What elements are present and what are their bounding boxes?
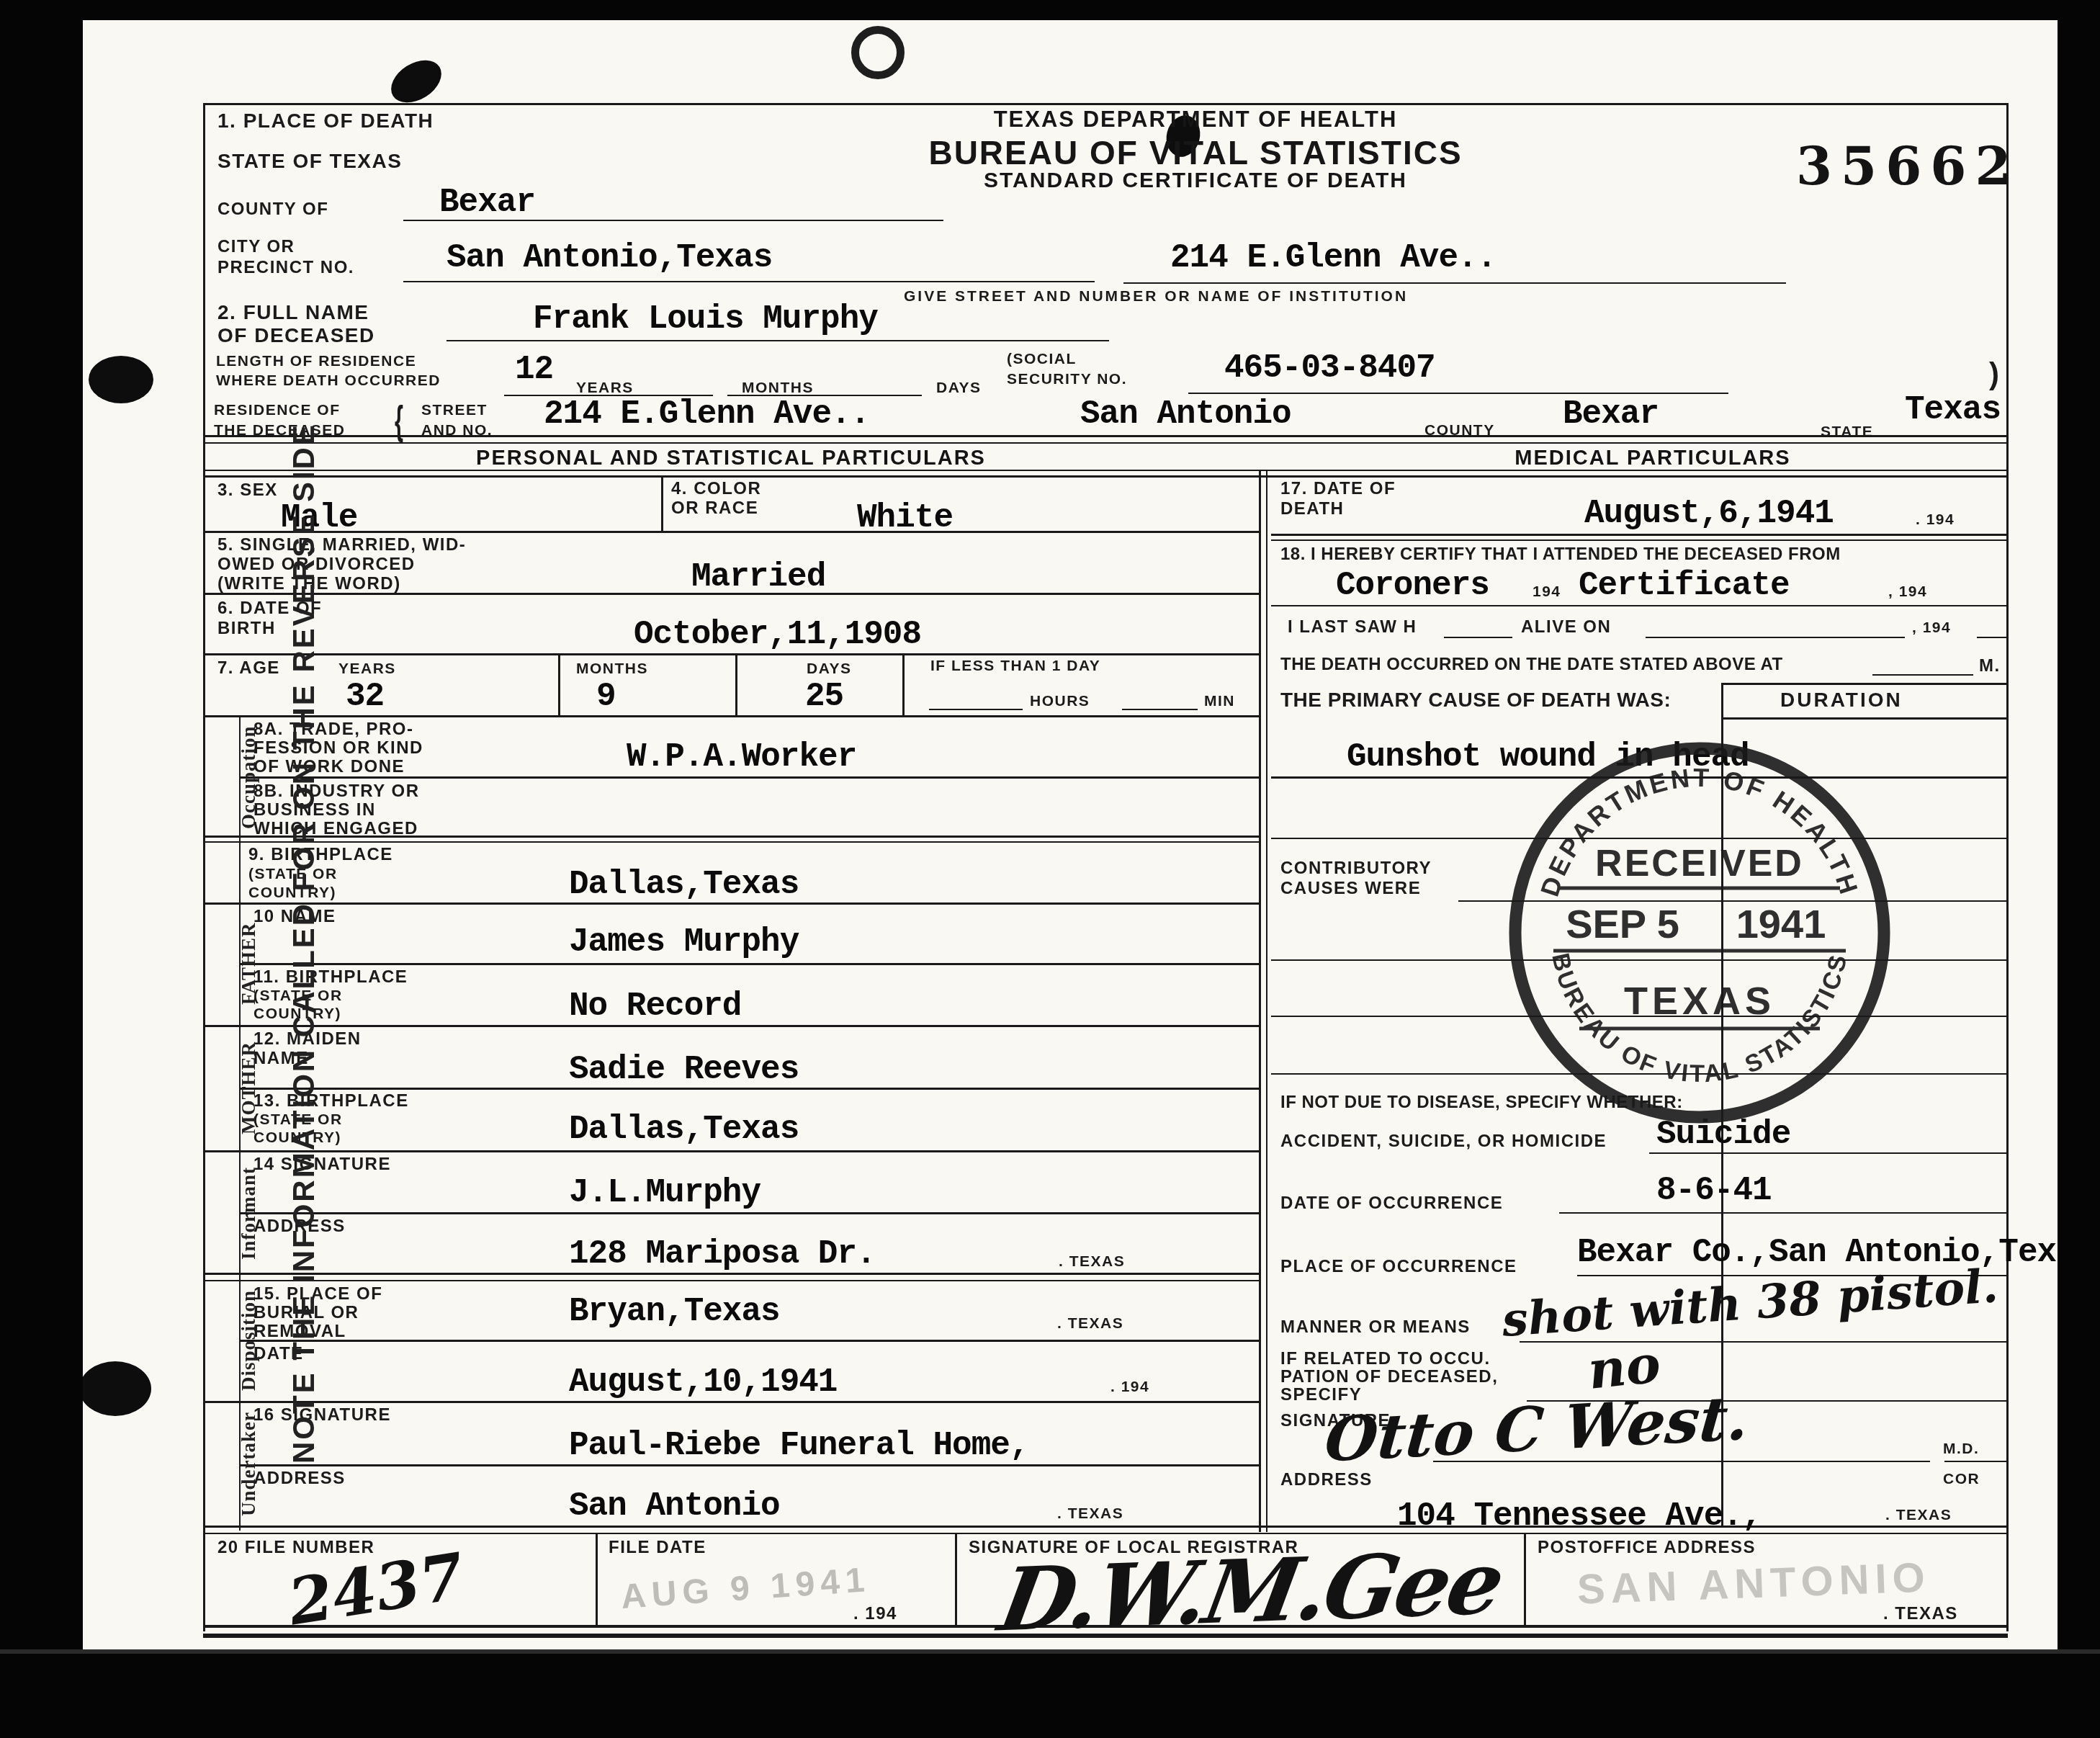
rule	[205, 653, 1259, 655]
age-days-label: DAYS	[807, 660, 851, 678]
divider	[955, 1533, 957, 1625]
duration-box-underline	[1721, 717, 2008, 720]
rel-label-1: IF RELATED TO OCCU.	[1280, 1350, 1491, 1369]
marital-label-1: 5. SINGLE, MARRIED, WID-	[217, 536, 466, 555]
m-label: M.	[1979, 657, 2001, 676]
stamp-received: RECEIVED	[1595, 843, 1804, 884]
side-label-disposition: Disposition	[238, 1281, 271, 1399]
placeocc-label: PLACE OF OCCURRENCE	[1280, 1258, 1517, 1277]
social-label-1: (SOCIAL	[1007, 351, 1077, 368]
burial-date-value: August,10,1941	[569, 1366, 837, 1399]
scan-edge-bottom	[0, 1649, 2100, 1738]
trade-label-3: OF WORK DONE	[253, 758, 405, 777]
rule	[205, 902, 1259, 905]
dob-value: October,11,1908	[634, 618, 921, 651]
min-label: MIN	[1204, 693, 1235, 710]
trade-label-1: 8A. TRADE, PRO-	[253, 720, 414, 740]
county-value: Bexar	[439, 186, 535, 219]
lastsaw-suffix: , 194	[1912, 619, 1951, 637]
city-value: San Antonio,Texas	[447, 241, 772, 274]
age-months-label: MONTHS	[576, 660, 648, 678]
divider	[902, 655, 905, 715]
social-underline	[1188, 393, 1728, 394]
side-label-mother: MOTHER	[238, 1025, 271, 1150]
rule	[1271, 534, 2008, 536]
rel-label-2: PATION OF DECEASED,	[1280, 1368, 1498, 1387]
contrib-label-1: CONTRIBUTORY	[1280, 859, 1432, 879]
rule	[205, 836, 1259, 838]
column-divider	[1259, 470, 1261, 1532]
ash-label: ACCIDENT, SUICIDE, OR HOMICIDE	[1280, 1132, 1607, 1152]
street-underline	[1123, 282, 1786, 284]
undertaker-sig-value: Paul-Riebe Funeral Home,	[569, 1429, 1029, 1462]
place-of-death-label: 1. PLACE OF DEATH	[217, 109, 434, 132]
punch-hole	[89, 356, 153, 403]
file-date-label: FILE DATE	[609, 1538, 706, 1558]
blank-line	[1977, 637, 2008, 638]
color-value: White	[857, 501, 953, 534]
rule	[205, 1150, 1259, 1152]
city-underline	[403, 281, 1095, 282]
age-years-value: 32	[346, 680, 384, 713]
divider	[558, 655, 560, 715]
industry-label-1: 8B. INDUSTRY OR	[253, 782, 420, 802]
county-underline	[403, 220, 943, 221]
length-label-1: LENGTH OF RESIDENCE	[216, 353, 416, 370]
years-label: YEARS	[576, 380, 634, 397]
scan-edge-top	[0, 0, 2100, 20]
rule	[241, 1088, 1259, 1090]
rule	[241, 963, 1259, 965]
certify-mid: 194	[1533, 583, 1561, 601]
street-hint: GIVE STREET AND NUMBER OR NAME OF INSTIT…	[904, 288, 1408, 305]
column-divider-2	[1266, 470, 1267, 1532]
duration-box-top	[1721, 683, 2008, 685]
manner-label: MANNER OR MEANS	[1280, 1318, 1471, 1338]
medical-section-header: MEDICAL PARTICULARS	[1422, 447, 1883, 470]
color-label-1: 4. COLOR	[671, 480, 761, 499]
burial-suffix: . TEXAS	[1057, 1315, 1123, 1332]
rule	[1559, 1212, 2008, 1214]
dept-title: TEXAS DEPARTMENT OF HEALTH	[915, 107, 1476, 133]
hours-label: HOURS	[1030, 693, 1090, 710]
lastsaw-label: I LAST SAW H	[1288, 618, 1417, 637]
burial-value: Bryan,Texas	[569, 1295, 780, 1328]
med-addr-suffix: . TEXAS	[1885, 1507, 1952, 1524]
age-label: 7. AGE	[217, 659, 280, 678]
stamp-date-left: SEP 5	[1566, 901, 1679, 946]
side-label-informant: Informant	[238, 1150, 271, 1276]
years-value: 12	[515, 353, 553, 386]
social-value: 465-03-8407	[1224, 351, 1435, 385]
punch-hole	[79, 1361, 151, 1416]
bp9-value: Dallas,Texas	[569, 868, 799, 901]
rule	[205, 1273, 1259, 1275]
hours-line	[929, 709, 1023, 710]
father-bp-label-1: 11. BIRTHPLACE	[253, 968, 408, 987]
rule	[241, 1212, 1259, 1214]
scan-edge-right	[2058, 0, 2100, 1738]
rule	[205, 593, 1259, 595]
med-addr-value: 104 Tennessee Ave.,	[1397, 1500, 1762, 1533]
rule	[205, 841, 1259, 843]
rule	[1944, 1461, 2008, 1462]
scan-edge-left	[0, 0, 83, 1738]
dob-label-2: BIRTH	[217, 619, 276, 639]
form-border-right	[2006, 103, 2009, 1631]
form-border-top	[203, 103, 2008, 105]
social-label-2: SECURITY NO.	[1007, 371, 1127, 388]
age-days-value: 25	[805, 680, 843, 713]
received-stamp: DEPARTMENT OF HEALTH BUREAU OF VITAL STA…	[1502, 735, 1898, 1131]
stamp-state: TEXAS	[1624, 980, 1775, 1023]
father-bp-value: No Record	[569, 990, 741, 1023]
fullname-label-1: 2. FULL NAME	[217, 301, 369, 323]
city-label-2: PRECINCT NO.	[217, 259, 354, 278]
street-value: 214 E.Glenn Ave..	[1170, 241, 1496, 274]
state-of-texas-label: STATE OF TEXAS	[217, 150, 402, 172]
dod-value: August,6,1941	[1584, 497, 1834, 530]
informant-sig-value: J.L.Murphy	[569, 1176, 760, 1209]
mother-bp-value: Dallas,Texas	[569, 1113, 799, 1146]
sex-label: 3. SEX	[217, 481, 278, 501]
informant-addr-suffix: . TEXAS	[1059, 1253, 1125, 1271]
certificate-number: 35662	[1796, 135, 2020, 197]
blank-line	[1872, 674, 1973, 676]
rule	[205, 470, 2008, 471]
marital-value: Married	[691, 560, 825, 593]
rule	[205, 1401, 1259, 1403]
rule	[1271, 539, 2008, 541]
fullname-label-2: OF DECEASED	[217, 324, 375, 346]
undertaker-addr-value: San Antonio	[569, 1490, 780, 1523]
maiden-value: Sadie Reeves	[569, 1053, 799, 1086]
file-date-suffix: . 194	[853, 1605, 897, 1624]
registrar-signature: D.W.M.Gee	[994, 1539, 1508, 1644]
side-label-undertaker: Undertaker	[238, 1402, 271, 1526]
informant-addr-value: 128 Mariposa Dr.	[569, 1237, 876, 1271]
primary-cause-label: THE PRIMARY CAUSE OF DEATH WAS:	[1280, 689, 1671, 711]
blank-line	[1646, 637, 1905, 638]
age-months-value: 9	[596, 680, 616, 713]
divider	[596, 1533, 598, 1625]
rule	[1271, 605, 2008, 606]
rule	[241, 776, 1259, 779]
divider	[735, 655, 737, 715]
certify-value-2: Certificate	[1579, 569, 1790, 602]
ring-mark	[851, 26, 905, 79]
street-no-label-1: STREET	[421, 402, 488, 419]
state-value: Texas	[1905, 393, 2001, 426]
personal-section-header: PERSONAL AND STATISTICAL PARTICULARS	[302, 447, 1159, 470]
min-line	[1122, 709, 1198, 710]
months-label: MONTHS	[742, 380, 814, 397]
divider	[661, 475, 663, 531]
scanned-death-certificate: 1. PLACE OF DEATH STATE OF TEXAS TEXAS D…	[0, 0, 2100, 1738]
city-label-1: CITY OR	[217, 238, 295, 257]
father-name-value: James Murphy	[569, 926, 799, 959]
po-address-label: POSTOFFICE ADDRESS	[1538, 1538, 1756, 1558]
stamp-date-right: 1941	[1736, 901, 1826, 946]
fullname-underline	[447, 340, 1109, 341]
alive-label: ALIVE ON	[1521, 618, 1611, 637]
rule	[241, 1464, 1259, 1466]
divider	[1524, 1533, 1526, 1625]
standard-title: STANDARD CERTIFICATE OF DEATH	[915, 169, 1476, 193]
rule	[205, 715, 1259, 717]
county-label: COUNTY OF	[217, 200, 328, 220]
bureau-title: BUREAU OF VITAL STATISTICS	[879, 133, 1512, 172]
state-label: STATE	[1821, 424, 1873, 441]
rule	[205, 435, 2008, 437]
blank-line	[1444, 637, 1512, 638]
length-label-2: WHERE DEATH OCCURRED	[216, 372, 441, 390]
res-city-value: San Antonio	[1080, 398, 1291, 431]
duration-label: DURATION	[1780, 689, 1903, 711]
rule	[205, 1025, 1259, 1027]
rule	[205, 1280, 1259, 1281]
color-label-2: OR RACE	[671, 499, 758, 519]
days-label: DAYS	[936, 380, 981, 397]
po-address-suffix: . TEXAS	[1883, 1605, 1958, 1624]
dateocc-label: DATE OF OCCURRENCE	[1280, 1194, 1503, 1214]
md-label: M.D.	[1943, 1441, 1979, 1458]
occurred-label: THE DEATH OCCURRED ON THE DATE STATED AB…	[1280, 655, 1783, 675]
fullname-value: Frank Louis Murphy	[533, 303, 878, 336]
rule	[1649, 1152, 2008, 1154]
certify-value-1: Coroners	[1336, 569, 1489, 602]
certify-label: 18. I HEREBY CERTIFY THAT I ATTENDED THE…	[1280, 545, 1841, 565]
dod-label-2: DEATH	[1280, 500, 1344, 519]
age-years-label: YEARS	[338, 660, 396, 678]
rule	[205, 442, 2008, 444]
res-street-value: 214 E.Glenn Ave..	[544, 398, 869, 431]
side-label-occupation: Occupation	[238, 717, 271, 838]
less-than-day-label: IF LESS THAN 1 DAY	[930, 658, 1100, 675]
burial-date-suffix: . 194	[1110, 1379, 1149, 1396]
dod-suffix: . 194	[1916, 511, 1955, 529]
rule	[241, 1340, 1259, 1342]
dateocc-value: 8-6-41	[1656, 1174, 1772, 1207]
undertaker-addr-suffix: . TEXAS	[1057, 1505, 1123, 1523]
cor-label: COR	[1943, 1471, 1980, 1488]
paren-close: )	[1989, 357, 2001, 390]
reverse-side-note: NOTE THE INFORMATION CALLED FOR ON THE R…	[287, 403, 324, 1484]
trade-value: W.P.A.Worker	[627, 740, 856, 774]
rule	[205, 531, 1259, 533]
dod-label-1: 17. DATE OF	[1280, 480, 1396, 499]
rule	[205, 475, 2008, 478]
side-label-father: FATHER	[238, 902, 271, 1025]
certify-suffix: , 194	[1888, 583, 1927, 601]
county2-value: Bexar	[1563, 398, 1659, 431]
contrib-label-2: CAUSES WERE	[1280, 879, 1421, 899]
trade-label-2: FESSION OR KIND	[253, 739, 423, 758]
mother-bp-label-1: 13. BIRTHPLACE	[253, 1092, 409, 1111]
